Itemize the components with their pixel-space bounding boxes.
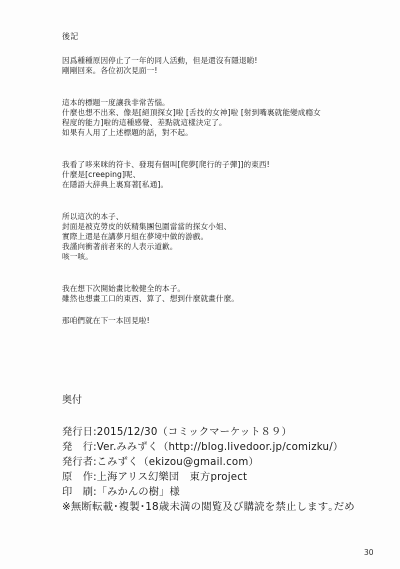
text-line: 因爲種種原因停止了一年的同人活動，但是還沒有隱退喲! (62, 56, 392, 66)
afterword-paragraph: 這本的標題一度讓我非常苦惱。 什麼也想不出來、像是[絕頂探女]啦 [舌技的女神]… (62, 98, 392, 138)
text-line: 什麼是[creeping]呢、 (62, 170, 392, 180)
afterword-section: 後記 因爲種種原因停止了一年的同人活動，但是還沒有隱退喲! 剛剛回來。各位初次見… (62, 32, 392, 337)
afterword-paragraph: 因爲種種原因停止了一年的同人活動，但是還沒有隱退喲! 剛剛回來。各位初次見面一! (62, 56, 392, 76)
text-line: 封面是被克勞皮的妖精集團包圍當當的探女小姐、 (62, 222, 392, 232)
page-number: 30 (364, 548, 374, 557)
colophon-issuer: 発行者:こみずく（ekizou@gmail.com） (62, 455, 397, 470)
colophon-printer: 印 刷:「みかんの樹」様 (62, 485, 397, 500)
colophon-original-work: 原 作:上海アリス幻樂団 東方project (62, 470, 397, 485)
text-line: 雖然也想畫工口的東西、算了、想到什麼就畫什麼。 (62, 294, 392, 304)
text-line: 在隱語大辞典上裏寫著[私通]。 (62, 180, 392, 190)
colophon-title: 奥付 (62, 395, 397, 407)
text-line: 我在想下次開始畫比較健全的本子。 (62, 284, 392, 294)
text-line: 我看了哆來咪的符卡、發現有個叫[爬夢[爬行的子彈]]的東西! (62, 160, 392, 170)
afterword-paragraph: 我在想下次開始畫比較健全的本子。 雖然也想畫工口的東西、算了、想到什麼就畫什麼。 (62, 284, 392, 304)
text-line: 咳一咳。 (62, 252, 392, 262)
text-line: 那咱們就在下一本回見啦! (62, 316, 392, 326)
text-line: 如果有人用了上述標題的話，對不起。 (62, 128, 392, 138)
book-page: 後記 因爲種種原因停止了一年的同人活動，但是還沒有隱退喲! 剛剛回來。各位初次見… (0, 0, 400, 569)
text-line: 什麼也想不出來、像是[絕頂探女]啦 [舌技的女神]啦 [射到嘴裏就能變成瘾女 (62, 108, 392, 118)
text-line: 剛剛回來。各位初次見面一! (62, 66, 392, 76)
colophon-publisher: 発 行:Ver.みみずく（http://blog.livedoor.jp/com… (62, 440, 397, 455)
text-line: 實際上還是在講夢月組在夢境中做的游戲。 (62, 232, 392, 242)
colophon-section: 奥付 発行日:2015/12/30（コミックマーケット８９） 発 行:Ver.み… (62, 395, 397, 500)
text-line: 所以這次的本子、 (62, 212, 392, 222)
copyright-notice: ※無断転載･複製･18歳未満の閲覧及び購読を禁止します｡だめ (62, 500, 355, 514)
text-line: 這本的標題一度讓我非常苦惱。 (62, 98, 392, 108)
afterword-heading: 後記 (62, 32, 392, 42)
afterword-paragraph: 那咱們就在下一本回見啦! (62, 316, 392, 326)
colophon-publish-date: 発行日:2015/12/30（コミックマーケット８９） (62, 425, 397, 440)
afterword-paragraph: 我看了哆來咪的符卡、發現有個叫[爬夢[爬行的子彈]]的東西! 什麼是[creep… (62, 160, 392, 190)
text-line: 程度的能力]啦的這種感覺、差點就這樣決定了。 (62, 118, 392, 128)
afterword-paragraph: 所以這次的本子、 封面是被克勞皮的妖精集團包圍當當的探女小姐、 實際上還是在講夢… (62, 212, 392, 262)
text-line: 我謹向衝著前者來的人表示道歉。 (62, 242, 392, 252)
